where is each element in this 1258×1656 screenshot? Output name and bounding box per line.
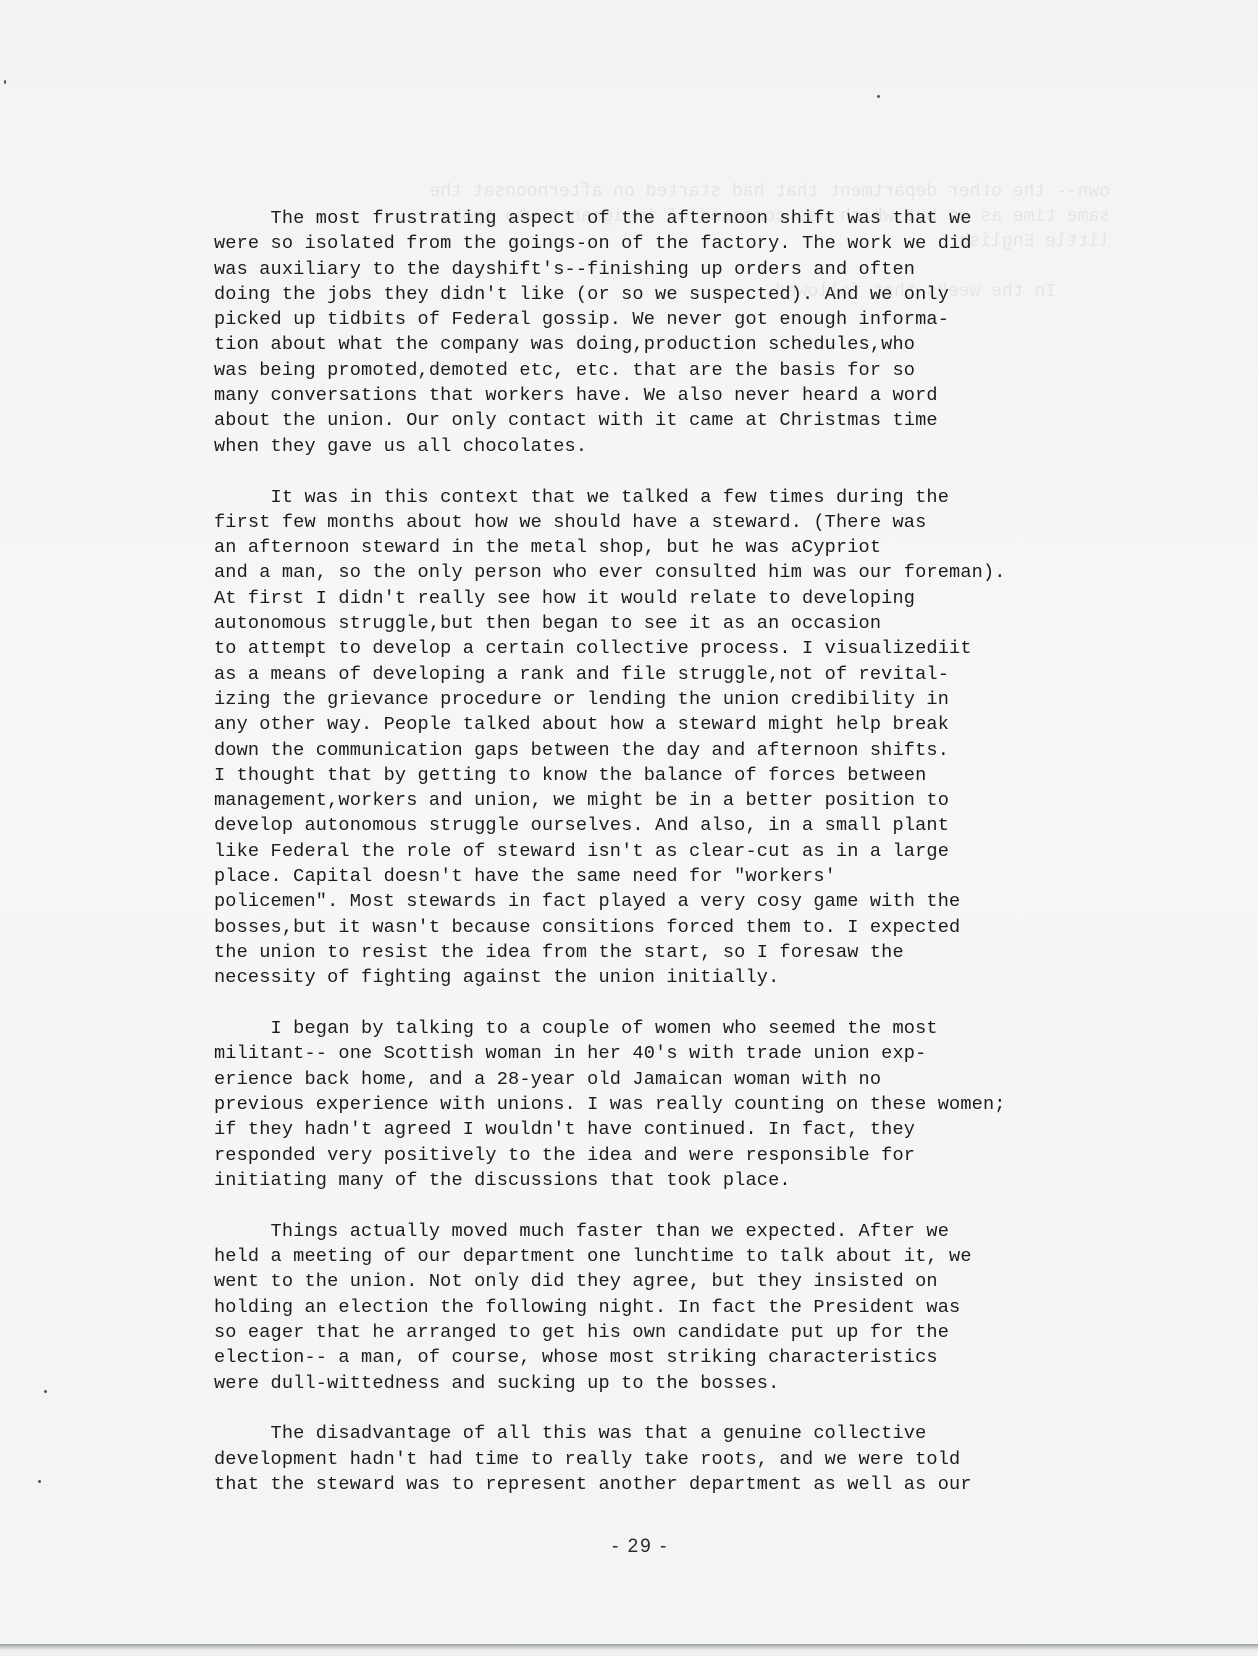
text-line: previous experience with unions. I was r… <box>214 1092 1114 1117</box>
text-line: if they hadn't agreed I wouldn't have co… <box>214 1117 1114 1142</box>
text-line: necessity of fighting against the union … <box>214 965 1114 990</box>
text-line: was being promoted,demoted etc, etc. tha… <box>214 358 1114 383</box>
text-line: autonomous struggle,but then began to se… <box>214 611 1114 636</box>
text-line: bosses,but it wasn't because consitions … <box>214 915 1114 940</box>
text-line: held a meeting of our department one lun… <box>214 1244 1114 1269</box>
text-line: At first I didn't really see how it woul… <box>214 586 1114 611</box>
paragraph-5: The disadvantage of all this was that a … <box>214 1421 1114 1497</box>
text-line: were so isolated from the goings-on of t… <box>214 231 1114 256</box>
paragraph-spacer <box>214 991 1114 1017</box>
text-line: was auxiliary to the dayshift's--finishi… <box>214 257 1114 282</box>
scan-speck <box>44 1390 47 1393</box>
text-line: many conversations that workers have. We… <box>214 383 1114 408</box>
text-line: management,workers and union, we might b… <box>214 788 1114 813</box>
text-line: It was in this context that we talked a … <box>214 485 1114 510</box>
scan-bottom-edge <box>0 1644 1258 1656</box>
paragraph-spacer <box>214 1193 1114 1219</box>
text-line: develop autonomous struggle ourselves. A… <box>214 813 1114 838</box>
text-line: that the steward was to represent anothe… <box>214 1472 1114 1497</box>
scan-speck <box>38 1480 41 1483</box>
text-line: like Federal the role of steward isn't a… <box>214 839 1114 864</box>
text-line: initiating many of the discussions that … <box>214 1168 1114 1193</box>
scan-speck <box>4 80 6 84</box>
text-line: first few months about how we should hav… <box>214 510 1114 535</box>
text-line: picked up tidbits of Federal gossip. We … <box>214 307 1114 332</box>
text-line: down the communication gaps between the … <box>214 738 1114 763</box>
text-line: tion about what the company was doing,pr… <box>214 332 1114 357</box>
paragraph-spacer <box>214 1396 1114 1422</box>
text-line: place. Capital doesn't have the same nee… <box>214 864 1114 889</box>
text-line: when they gave us all chocolates. <box>214 434 1114 459</box>
scan-speck <box>877 95 880 98</box>
text-line: militant-- one Scottish woman in her 40'… <box>214 1041 1114 1066</box>
text-line: development hadn't had time to really ta… <box>214 1447 1114 1472</box>
text-line: policemen". Most stewards in fact played… <box>214 889 1114 914</box>
text-line: I began by talking to a couple of women … <box>214 1016 1114 1041</box>
text-line: I thought that by getting to know the ba… <box>214 763 1114 788</box>
scanned-page: own-- the other department that had star… <box>0 0 1258 1642</box>
text-line: election-- a man, of course, whose most … <box>214 1345 1114 1370</box>
text-line: and a man, so the only person who ever c… <box>214 560 1114 585</box>
text-line: to attempt to develop a certain collecti… <box>214 636 1114 661</box>
text-line: so eager that he arranged to get his own… <box>214 1320 1114 1345</box>
text-line: doing the jobs they didn't like (or so w… <box>214 282 1114 307</box>
body-text: The most frustrating aspect of the after… <box>214 206 1114 1497</box>
text-line: about the union. Our only contact with i… <box>214 408 1114 433</box>
text-line: The disadvantage of all this was that a … <box>214 1421 1114 1446</box>
text-line: responded very positively to the idea an… <box>214 1143 1114 1168</box>
paragraph-spacer <box>214 459 1114 485</box>
text-line: went to the union. Not only did they agr… <box>214 1269 1114 1294</box>
text-line: as a means of developing a rank and file… <box>214 662 1114 687</box>
paragraph-2: It was in this context that we talked a … <box>214 485 1114 991</box>
text-line: The most frustrating aspect of the after… <box>214 206 1114 231</box>
text-line: erience back home, and a 28-year old Jam… <box>214 1067 1114 1092</box>
page-number: - 29 - <box>612 1536 668 1558</box>
text-line: izing the grievance procedure or lending… <box>214 687 1114 712</box>
paragraph-4: Things actually moved much faster than w… <box>214 1219 1114 1396</box>
paragraph-3: I began by talking to a couple of women … <box>214 1016 1114 1193</box>
text-line: Things actually moved much faster than w… <box>214 1219 1114 1244</box>
text-line: an afternoon steward in the metal shop, … <box>214 535 1114 560</box>
paragraph-1: The most frustrating aspect of the after… <box>214 206 1114 459</box>
text-line: holding an election the following night.… <box>214 1295 1114 1320</box>
text-line: the union to resist the idea from the st… <box>214 940 1114 965</box>
text-line: any other way. People talked about how a… <box>214 712 1114 737</box>
text-line: were dull-wittedness and sucking up to t… <box>214 1371 1114 1396</box>
